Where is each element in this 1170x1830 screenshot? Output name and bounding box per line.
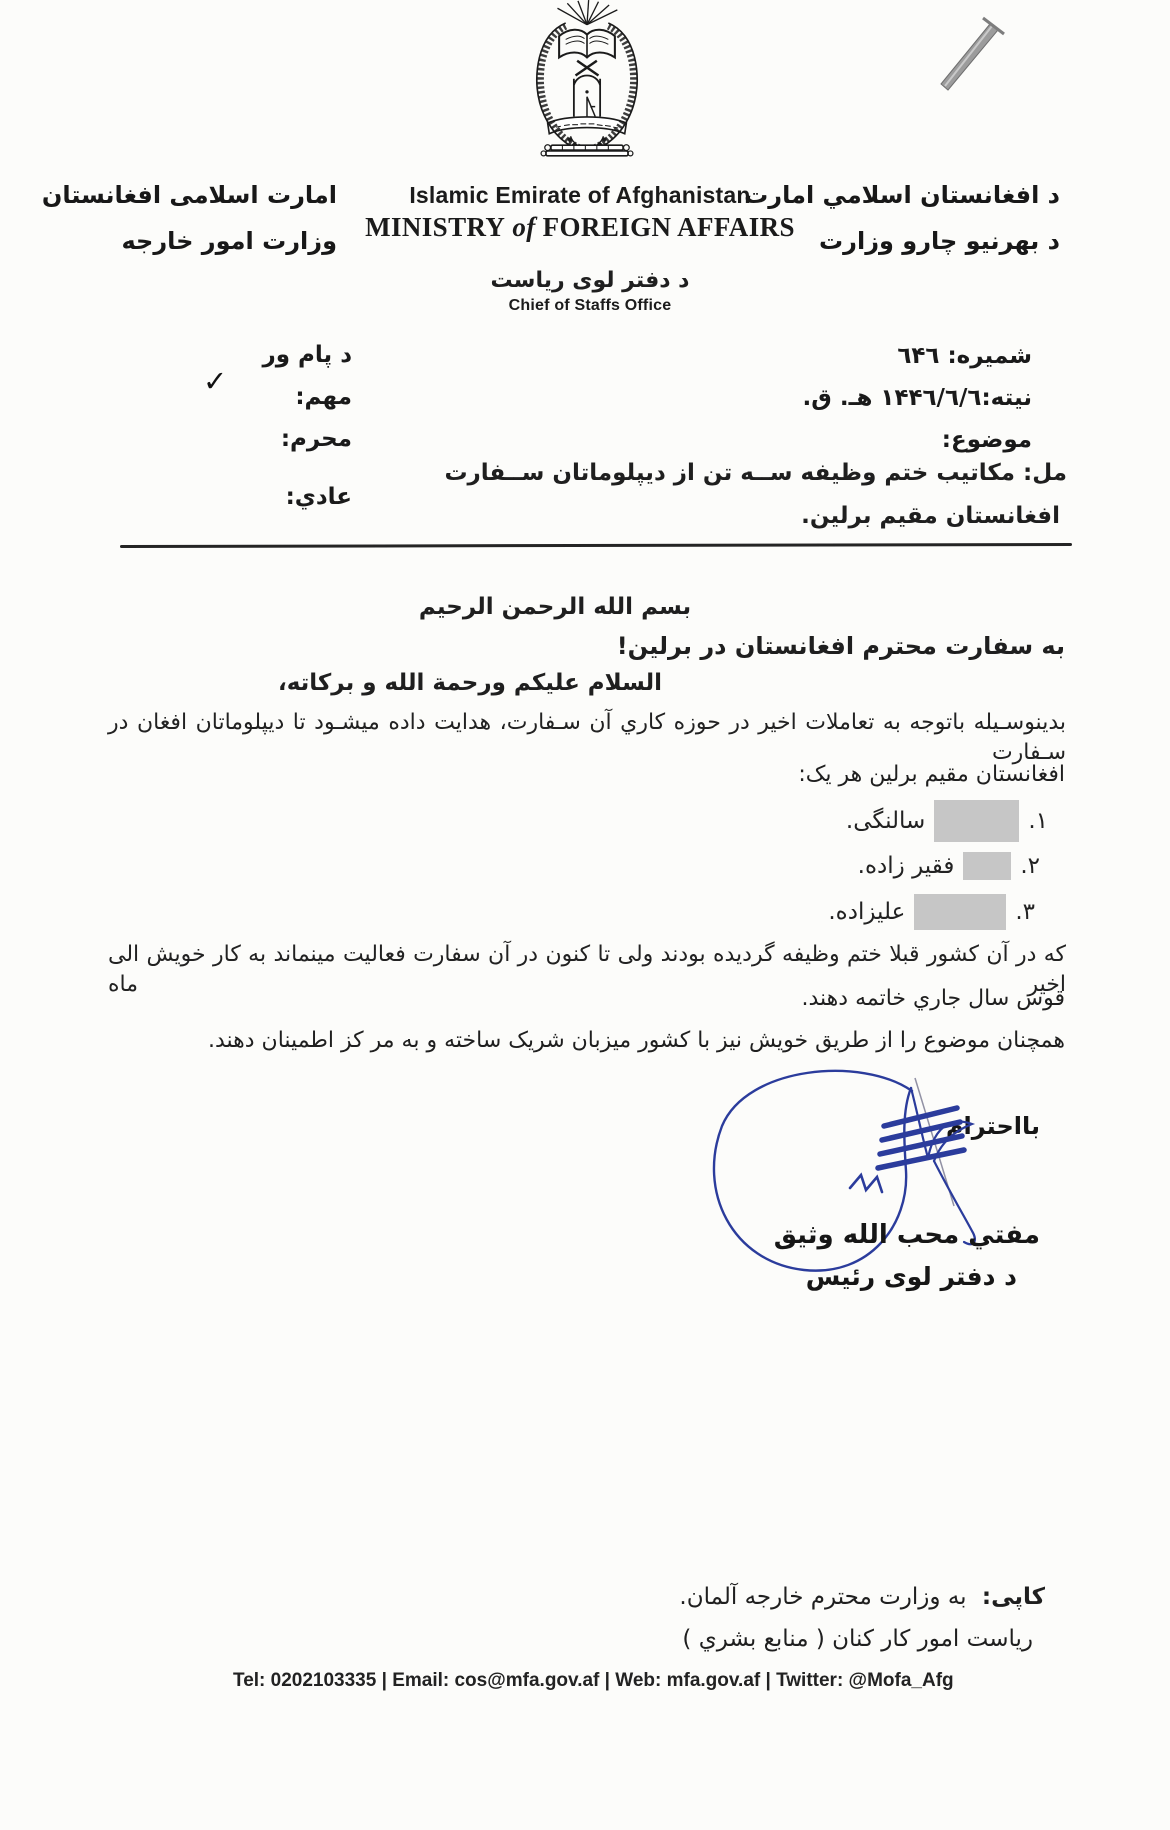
subject-label: موضوع: bbox=[803, 424, 1032, 456]
contact-line: Tel: 0202103335 | Email: cos@mfa.gov.af … bbox=[233, 1670, 954, 1692]
ref-date: نیته:١۴۴٦/٦/٦ هـ. ق. bbox=[803, 382, 1032, 414]
important-checkmark-icon: ✓ bbox=[203, 364, 227, 398]
section-divider bbox=[120, 543, 1072, 548]
signatory-title: د دفتر لوی رئیس bbox=[806, 1262, 1017, 1291]
greeting: السلام علیکم ورحمة الله و برکاته، bbox=[250, 670, 690, 696]
salutation: به سفارت محترم افغانستان در برلین! bbox=[617, 632, 1065, 660]
list-item-1-name: سالنگی. bbox=[846, 808, 925, 834]
redaction-box-2 bbox=[963, 852, 1011, 880]
ministry-of: of bbox=[512, 212, 535, 242]
list-item-2-number: ٢. bbox=[1020, 853, 1040, 879]
ministry-title: MINISTRYofFOREIGN AFFAIRS bbox=[330, 212, 830, 243]
list-item-2: ٢. فقیر زاده. bbox=[858, 852, 1040, 880]
ordinary-label: عادي: bbox=[286, 484, 352, 510]
bismillah: بسم الله الرحمن الرحیم bbox=[385, 594, 725, 620]
copy-text: به وزارت محترم خارجه آلمان. bbox=[679, 1584, 966, 1610]
office-title-english: Chief of Staffs Office bbox=[420, 297, 760, 315]
copy-note: کاپی: به وزارت محترم خارجه آلمان. bbox=[679, 1584, 1045, 1610]
copy-label: کاپی: bbox=[982, 1584, 1045, 1610]
paragraph-3: همچنان موضوع را از طریق خویش نیز با کشور… bbox=[208, 1028, 1065, 1053]
confidential-label: محرم: bbox=[281, 426, 352, 452]
islamic-emirate-emblem bbox=[505, 0, 669, 160]
subject-line-1: مل: مکاتیب ختم وظیفه ســه تن از دیپلومات… bbox=[444, 460, 1067, 486]
redaction-box-3 bbox=[914, 894, 1006, 930]
header-dari-line1: امارت اسلامی افغانستان bbox=[42, 172, 337, 218]
list-item-3-name: علیزاده. bbox=[828, 899, 905, 925]
ministry-word: MINISTRY bbox=[365, 212, 505, 242]
signatory-name: مفتي محب الله وثیق bbox=[774, 1220, 1040, 1250]
header-english-block: Islamic Emirate of Afghanistan MINISTRYo… bbox=[330, 182, 830, 243]
ministry-foreign-affairs: FOREIGN AFFAIRS bbox=[543, 212, 795, 242]
list-item-2-name: فقیر زاده. bbox=[858, 853, 955, 879]
list-item-3: ٣. علیزاده. bbox=[828, 894, 1035, 930]
header-dari-line2: وزارت امور خارجه bbox=[42, 218, 337, 264]
list-item-1: ١. سالنگی. bbox=[846, 800, 1048, 842]
paragraph-2-line-2: قوس سال جاري خاتمه دهند. bbox=[802, 986, 1066, 1011]
important-label: مهم: bbox=[295, 384, 352, 410]
hr-department-note: ریاست امور کار کنان ( منابع بشري ) bbox=[682, 1626, 1033, 1652]
header-dari-block: امارت اسلامی افغانستان وزارت امور خارجه bbox=[42, 172, 337, 264]
office-header: د دفتر لوی ریاست Chief of Staffs Office bbox=[420, 268, 760, 315]
ref-number: شمیره: ٦۴٦ bbox=[803, 340, 1032, 372]
list-item-1-number: ١. bbox=[1028, 808, 1048, 834]
redaction-box-1 bbox=[934, 800, 1019, 842]
paragraph-1-line-2: افغانستان مقیم برلین هر یک: bbox=[798, 762, 1065, 787]
scanned-letter-page: د افغانستان اسلامي امارت د بهرنیو چارو و… bbox=[0, 0, 1170, 1830]
reference-block: شمیره: ٦۴٦ نیته:١۴۴٦/٦/٦ هـ. ق. موضوع: bbox=[803, 340, 1032, 466]
english-title: Islamic Emirate of Afghanistan bbox=[330, 182, 830, 209]
paragraph-1-line-1: بدینوسـیله باتوجه به تعاملات اخیر در حوز… bbox=[108, 708, 1066, 768]
subject-line-2: افغانستان مقیم برلین. bbox=[801, 503, 1060, 529]
staple-mark-icon bbox=[920, 14, 1010, 104]
list-item-3-number: ٣. bbox=[1015, 899, 1035, 925]
office-title-pashto: د دفتر لوی ریاست bbox=[420, 268, 760, 293]
emblem-graphic bbox=[505, 0, 669, 160]
attention-label: د پام ور bbox=[263, 342, 352, 368]
